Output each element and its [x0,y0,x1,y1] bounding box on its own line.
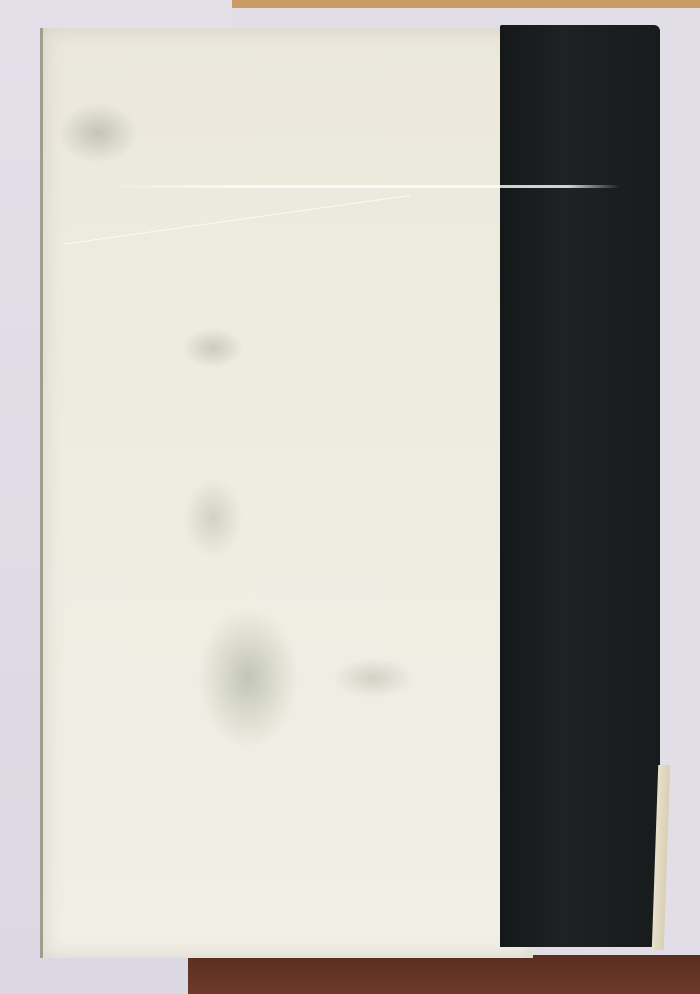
wooden-table-edge [232,0,700,8]
cover-crease [100,185,620,188]
wooden-surface [188,955,700,994]
book-spine [500,25,660,947]
book [40,25,665,960]
back-cover [40,28,533,958]
